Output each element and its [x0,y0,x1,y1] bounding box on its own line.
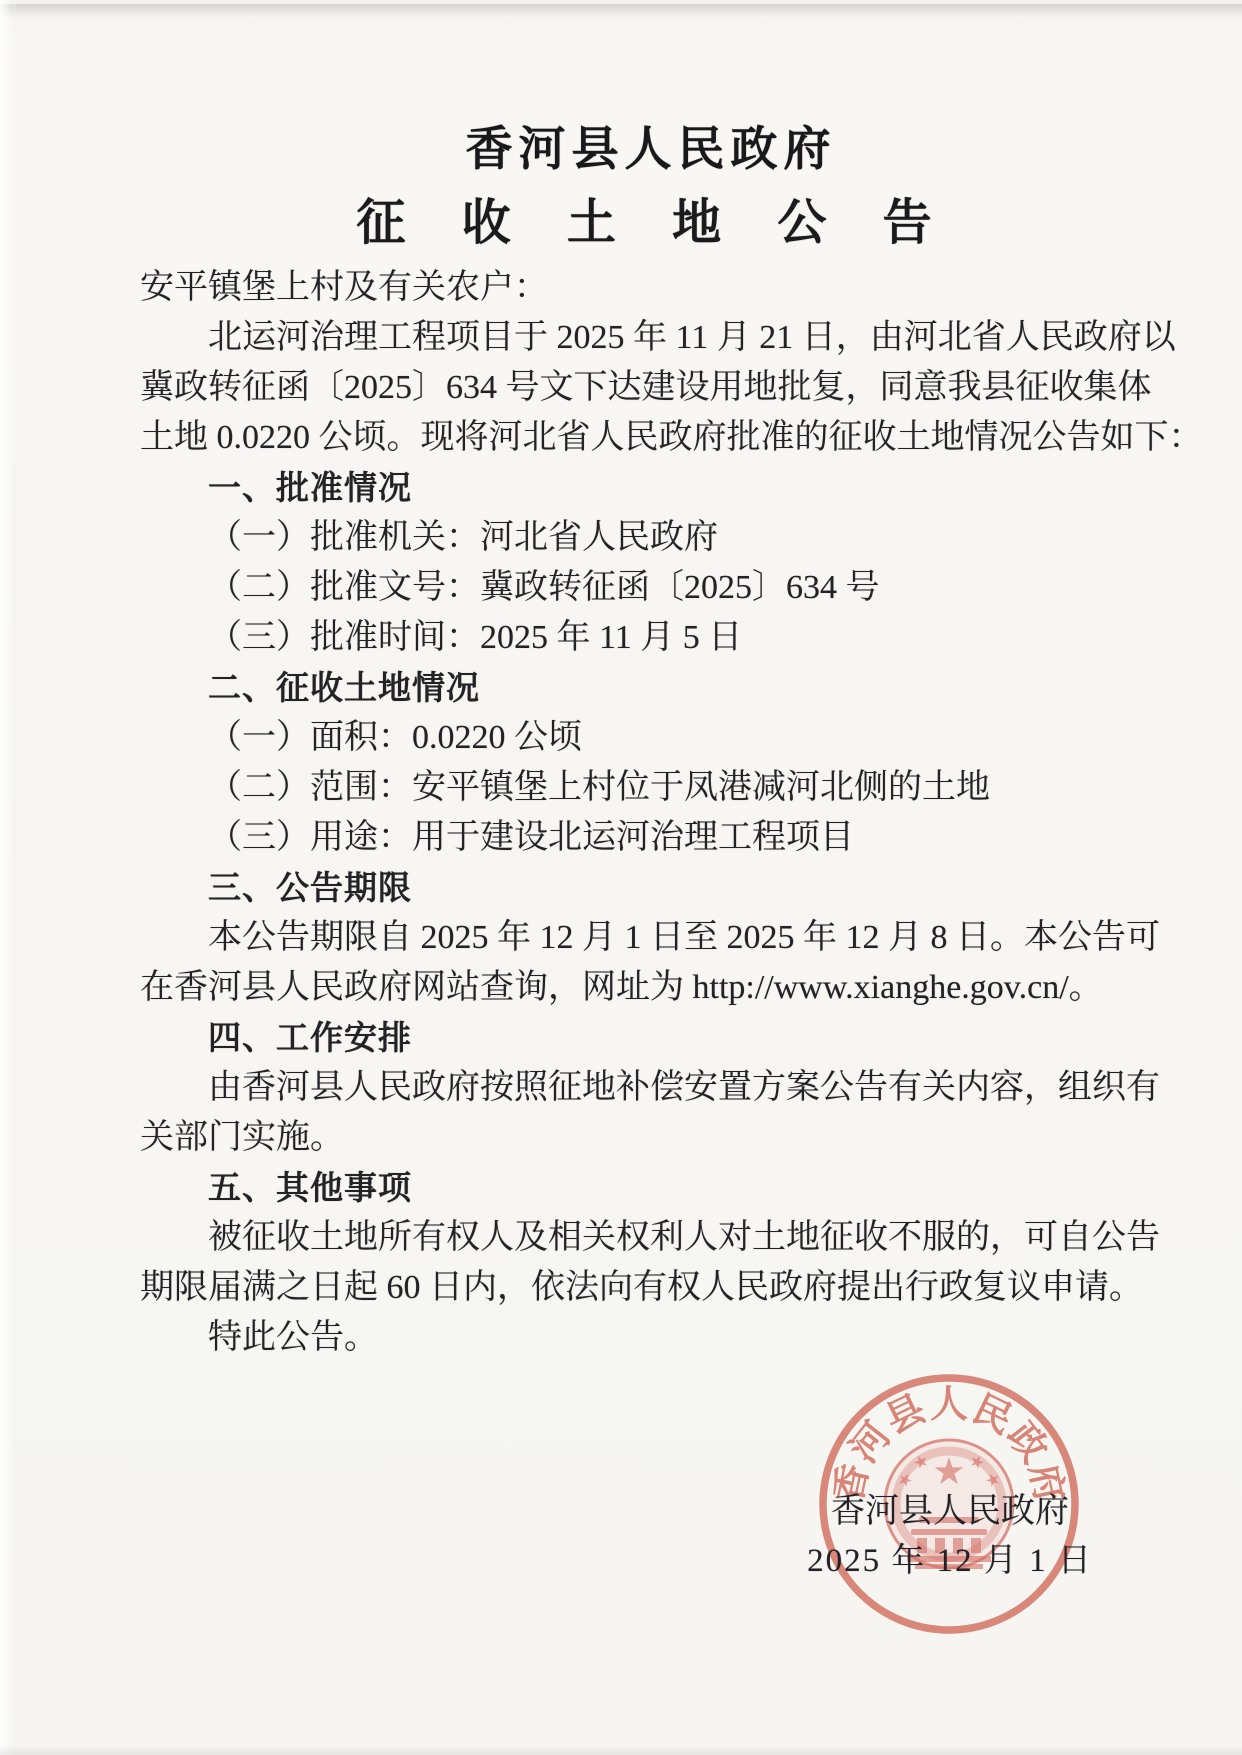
document-line: 本公告期限自 2025 年 12 月 1 日至 2025 年 12 月 8 日。… [140,913,1130,963]
document-line: 三、公告期限 [140,863,1130,913]
document-line: （三）用途：用于建设北运河治理工程项目 [140,813,1130,863]
document-line: 关部门实施。 [140,1113,1130,1163]
scan-artifact-top [0,4,1242,18]
signature-authority: 香河县人民政府 [795,1483,1105,1532]
document-line: 冀政转征函〔2025〕634 号文下达建设用地批复，同意我县征收集体 [140,363,1130,413]
document-line: 四、工作安排 [140,1013,1130,1063]
document-line: 二、征收土地情况 [140,663,1130,713]
scan-artifact-left-edge [0,0,15,1755]
document-line: （一）批准机关：河北省人民政府 [140,513,1130,563]
document-line: 特此公告。 [140,1313,1130,1363]
document-line: （二）范围：安平镇堡上村位于凤港减河北侧的土地 [140,763,1130,813]
signature-date: 2025 年 12 月 1 日 [790,1534,1110,1581]
document-body: 安平镇堡上村及有关农户：北运河治理工程项目于 2025 年 11 月 21 日，… [140,263,1130,1363]
seal-ring-char: 人 [930,1384,968,1426]
document-line: 安平镇堡上村及有关农户： [140,263,1130,313]
document-line: 期限届满之日起 60 日内，依法向有权人民政府提出行政复议申请。 [140,1263,1130,1313]
document-line: 五、其他事项 [140,1163,1130,1213]
document-line: 土地 0.0220 公顷。现将河北省人民政府批准的征收土地情况公告如下： [140,413,1130,463]
document-line: 一、批准情况 [140,463,1130,513]
document-line: （二）批准文号：冀政转征函〔2025〕634 号 [140,563,1130,613]
document-line: 由香河县人民政府按照征地补偿安置方案公告有关内容，组织有 [140,1063,1130,1113]
scanned-document-page: 香河县人民政府 征 收 土 地 公 告 安平镇堡上村及有关农户：北运河治理工程项… [0,0,1242,1755]
document-line: （一）面积：0.0220 公顷 [140,713,1130,763]
issuing-authority-title: 香河县人民政府 [30,112,1242,179]
document-line: （三）批准时间：2025 年 11 月 5 日 [140,613,1130,663]
scan-artifact-bottom [0,1745,1242,1755]
document-line: 在香河县人民政府网站查询，网址为 http://www.xianghe.gov.… [140,963,1130,1013]
document-title: 征 收 土 地 公 告 [34,184,1242,254]
document-line: 北运河治理工程项目于 2025 年 11 月 21 日，由河北省人民政府以 [140,313,1130,363]
document-line: 被征收土地所有权人及相关权利人对土地征收不服的，可自公告 [140,1213,1130,1263]
